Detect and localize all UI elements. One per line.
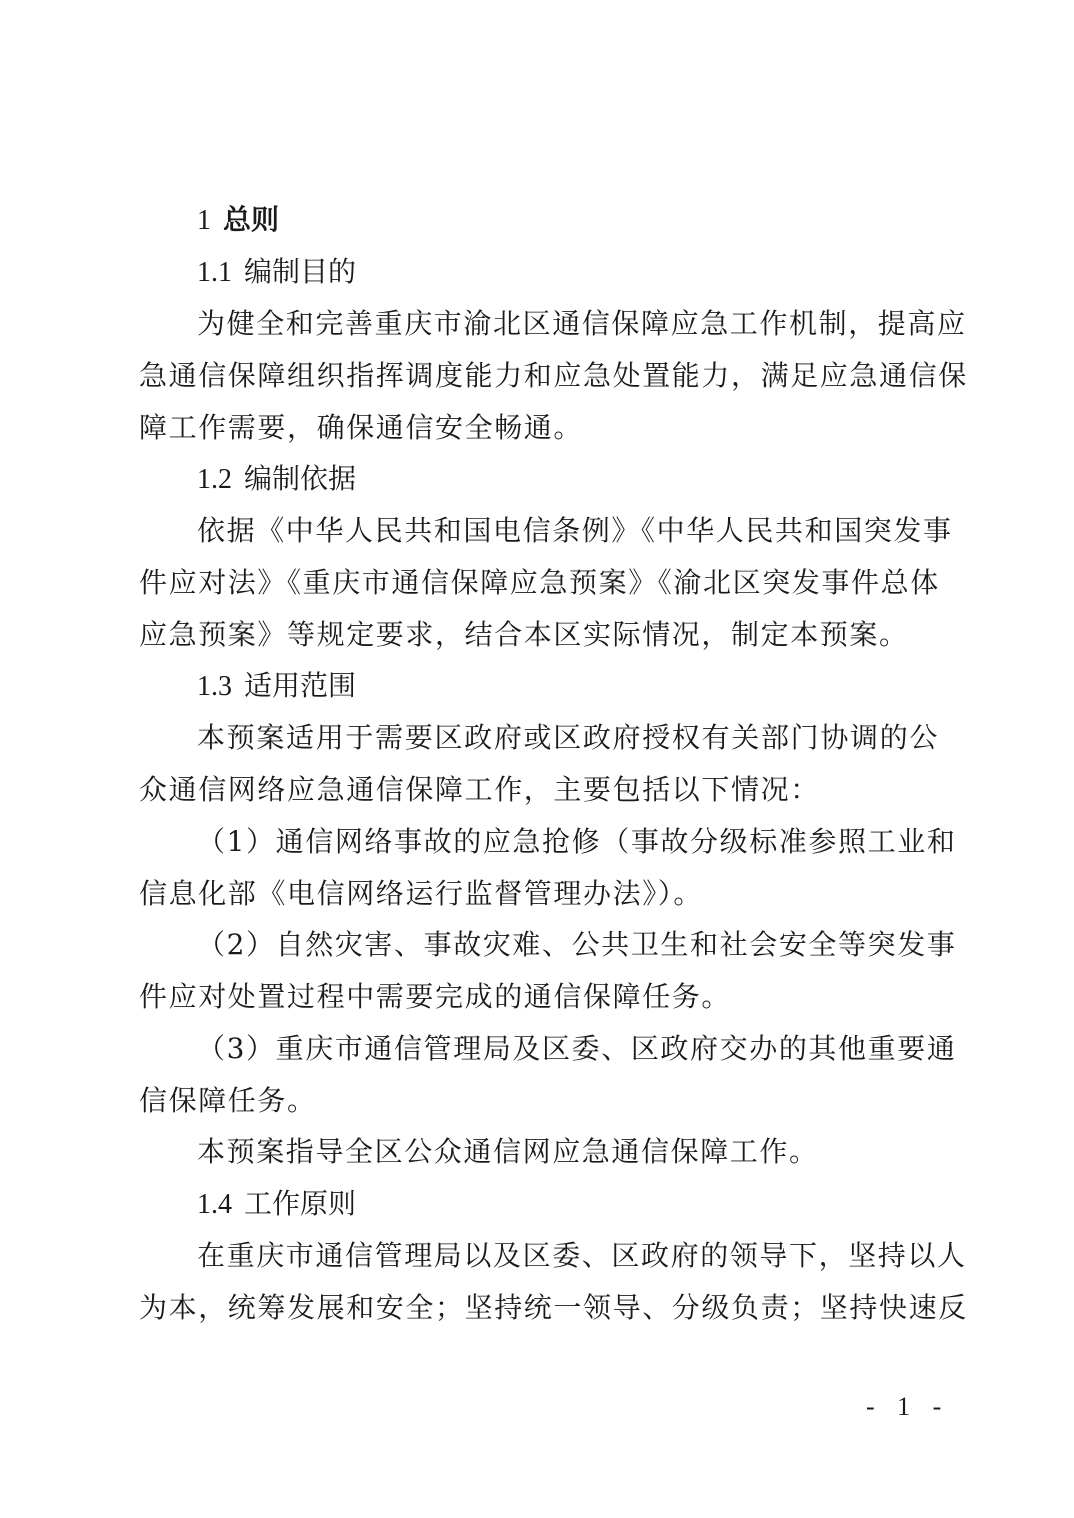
list-item-line: （2）自然灾害、事故灾难、公共卫生和社会安全等突发事 [197,927,939,963]
paragraph-line: 众通信网络应急通信保障工作，主要包括以下情况： [139,772,939,808]
section-heading-1-1: 1.1编制目的 [197,254,356,291]
list-item-line: 信息化部《电信网络运行监督管理办法》）。 [139,876,939,912]
list-item-line: （1）通信网络事故的应急抢修（事故分级标准参照工业和 [197,824,939,860]
paragraph-line: 件应对法》《重庆市通信保障应急预案》《渝北区突发事件总体 [139,565,939,601]
paragraph-line: 在重庆市通信管理局以及区委、区政府的领导下，坚持以人 [197,1238,939,1274]
section-title: 适用范围 [244,669,356,702]
paragraph-line: 为健全和完善重庆市渝北区通信保障应急工作机制，提高应 [197,306,939,342]
section-number: 1.2 [197,464,232,495]
document-page: 1总则 1.1编制目的 为健全和完善重庆市渝北区通信保障应急工作机制，提高应 急… [0,0,1074,1518]
paragraph-line: 障工作需要，确保通信安全畅通。 [139,410,939,446]
paragraph-line: 急通信保障组织指挥调度能力和应急处置能力，满足应急通信保 [139,358,939,394]
section-title: 总则 [223,203,279,236]
page-number: - 1 - [866,1392,949,1422]
section-title: 编制依据 [244,462,356,495]
section-heading-1-2: 1.2编制依据 [197,461,356,498]
paragraph-line: 本预案适用于需要区政府或区政府授权有关部门协调的公 [197,720,939,756]
list-item-line: 件应对处置过程中需要完成的通信保障任务。 [139,979,939,1015]
section-heading-1-4: 1.4工作原则 [197,1186,356,1223]
paragraph-line: 为本，统筹发展和安全；坚持统一领导、分级负责；坚持快速反 [139,1290,939,1326]
paragraph-line: 应急预案》等规定要求，结合本区实际情况，制定本预案。 [139,617,939,653]
list-item-line: （3）重庆市通信管理局及区委、区政府交办的其他重要通 [197,1031,939,1067]
section-heading-1-3: 1.3适用范围 [197,668,356,705]
section-number: 1 [197,205,211,236]
section-number: 1.4 [197,1189,232,1220]
section-title: 工作原则 [244,1187,356,1220]
paragraph-line: 本预案指导全区公众通信网应急通信保障工作。 [197,1134,939,1170]
paragraph-line: 依据《中华人民共和国电信条例》《中华人民共和国突发事 [197,513,939,549]
section-title: 编制目的 [244,255,356,288]
section-heading-1: 1总则 [197,202,279,239]
section-number: 1.3 [197,671,232,702]
section-number: 1.1 [197,257,232,288]
list-item-line: 信保障任务。 [139,1083,939,1119]
